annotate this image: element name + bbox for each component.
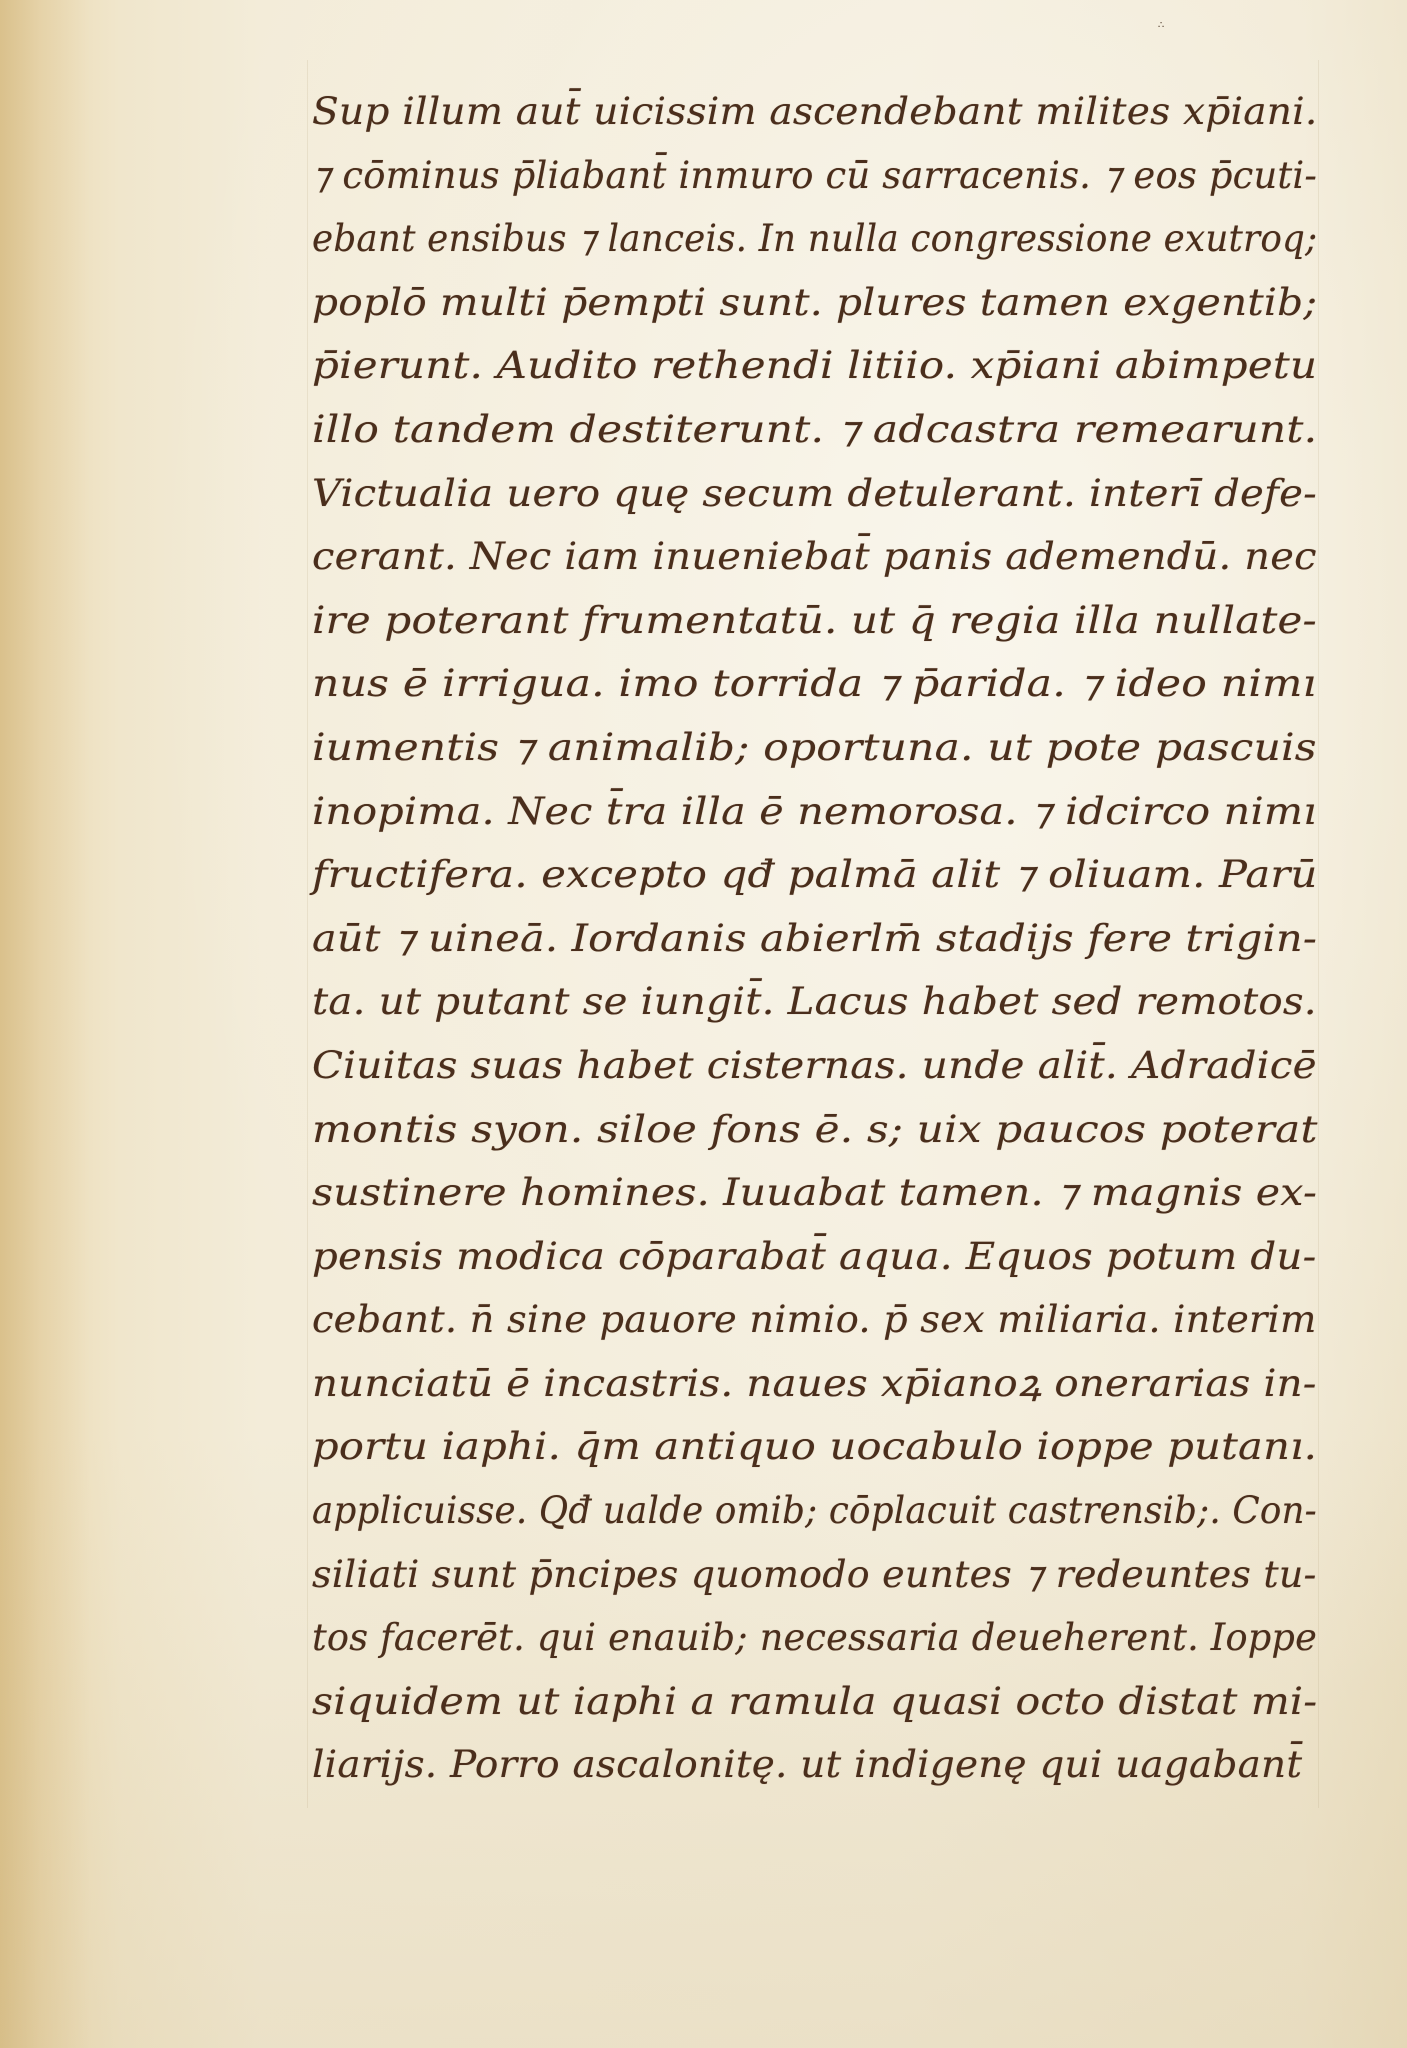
line-text: cerant. Nec iam inueniebat̄ panis ademen… (312, 525, 1317, 589)
line-text: p̄ierunt. Audito rethendi litiio. xp̄ian… (312, 334, 1317, 398)
manuscript-line: inopima. Nec t̄ra illa ē nemorosa. ⁊ idc… (312, 780, 1317, 844)
manuscript-line: Sup illum aut̄ uicissim ascendebant mili… (312, 80, 1317, 144)
manuscript-line: poplō multi p̄empti sunt. plures tamen e… (312, 271, 1317, 335)
line-text: tos facerēt. qui enauib; necessaria deue… (312, 1606, 1317, 1670)
manuscript-line: ire poterant frumentatū. ut q̄ regia ill… (312, 589, 1317, 653)
manuscript-line: nus ē irrigua. imo torrida ⁊ p̄arida. ⁊ … (312, 652, 1317, 716)
manuscript-line: nunciatū ē incastris. naues xp̄ianoꝝ one… (312, 1352, 1317, 1416)
manuscript-text-block: Sup illum aut̄ uicissim ascendebant mili… (312, 80, 1317, 1797)
manuscript-line: cerant. Nec iam inueniebat̄ panis ademen… (312, 525, 1317, 589)
line-text: illo tandem destiterunt. ⁊ adcastra reme… (312, 398, 1317, 462)
manuscript-line: iumentis ⁊ animalib; oportuna. ut pote p… (312, 716, 1317, 780)
line-text: fructifera. excepto qđ palmā alit ⁊ oliu… (312, 843, 1318, 907)
line-text: ⁊ cōminus p̄liabant̄ inmuro cū̄ sarracen… (312, 144, 1317, 208)
line-text: Victualia uero quę secum detulerant. int… (312, 462, 1317, 526)
line-text: ta. ut putant se iungit̄. Lacus habet se… (312, 970, 1317, 1034)
line-text: nunciatū ē incastris. naues xp̄ianoꝝ one… (312, 1352, 1317, 1416)
manuscript-line: liarijs. Porro ascalonitę. ut indigenę q… (312, 1733, 1317, 1797)
manuscript-line: ta. ut putant se iungit̄. Lacus habet se… (312, 970, 1317, 1034)
line-text: siquidem ut iaphi a ramula quasi octo di… (312, 1670, 1317, 1734)
manuscript-line: pensis modica cōparabat̄ aqua. Equos pot… (312, 1225, 1317, 1289)
line-text: liarijs. Porro ascalonitę. ut indigenę q… (312, 1733, 1302, 1797)
line-text: pensis modica cōparabat̄ aqua. Equos pot… (312, 1225, 1316, 1289)
manuscript-line: Victualia uero quę secum detulerant. int… (312, 462, 1317, 526)
manuscript-line: illo tandem destiterunt. ⁊ adcastra reme… (312, 398, 1317, 462)
line-text: sustinere homines. Iuuabat tamen. ⁊ magn… (312, 1161, 1317, 1225)
line-text: poplō multi p̄empti sunt. plures tamen e… (312, 271, 1317, 335)
manuscript-line: fructifera. excepto qđ palmā alit ⁊ oliu… (312, 843, 1317, 907)
manuscript-line: applicuisse. Qđ ualde omib; cōplacuit ca… (312, 1479, 1317, 1543)
line-text: Sup illum aut̄ uicissim ascendebant mili… (312, 80, 1317, 144)
manuscript-line: siliati sunt p̄ncipes quomodo euntes ⁊ r… (312, 1543, 1317, 1607)
manuscript-line: montis syon. siloe fons ē. s; uix paucos… (312, 1098, 1317, 1162)
line-text: portu iaphi. q̄m antiquo uocabulo ioppe … (312, 1415, 1317, 1479)
line-text: applicuisse. Qđ ualde omib; cōplacuit ca… (312, 1479, 1317, 1543)
line-text: siliati sunt p̄ncipes quomodo euntes ⁊ r… (312, 1543, 1317, 1607)
line-text: iumentis ⁊ animalib; oportuna. ut pote p… (312, 716, 1317, 780)
line-text: inopima. Nec t̄ra illa ē nemorosa. ⁊ idc… (312, 780, 1317, 844)
ruling-line-left (307, 60, 308, 1808)
manuscript-line: p̄ierunt. Audito rethendi litiio. xp̄ian… (312, 334, 1317, 398)
line-text: nus ē irrigua. imo torrida ⁊ p̄arida. ⁊ … (312, 652, 1316, 716)
manuscript-line: Ciuitas suas habet cisternas. unde alit̄… (312, 1034, 1317, 1098)
manuscript-line: portu iaphi. q̄m antiquo uocabulo ioppe … (312, 1415, 1317, 1479)
line-text: montis syon. siloe fons ē. s; uix paucos… (312, 1098, 1318, 1162)
corner-marks: ∴ (1158, 20, 1165, 31)
manuscript-line: sustinere homines. Iuuabat tamen. ⁊ magn… (312, 1161, 1317, 1225)
line-text: cebant. n̄ sine pauore nimio. p̄ sex mil… (312, 1288, 1317, 1352)
line-text: ire poterant frumentatū. ut q̄ regia ill… (312, 589, 1317, 653)
manuscript-line: ⁊ cōminus p̄liabant̄ inmuro cū̄ sarracen… (312, 144, 1317, 208)
line-text: Ciuitas suas habet cisternas. unde alit̄… (312, 1034, 1317, 1098)
ruling-line-right (1318, 60, 1319, 1808)
manuscript-line: cebant. n̄ sine pauore nimio. p̄ sex mil… (312, 1288, 1317, 1352)
manuscript-line: siquidem ut iaphi a ramula quasi octo di… (312, 1670, 1317, 1734)
manuscript-line: tos facerēt. qui enauib; necessaria deue… (312, 1606, 1317, 1670)
manuscript-line: ebant ensibus ⁊ lanceis. In nulla congre… (312, 207, 1317, 271)
line-text: aūt ⁊ uineā. Iordanis abierlm̄ stadijs f… (312, 907, 1317, 971)
manuscript-line: aūt ⁊ uineā. Iordanis abierlm̄ stadijs f… (312, 907, 1317, 971)
line-text: ebant ensibus ⁊ lanceis. In nulla congre… (312, 207, 1317, 271)
